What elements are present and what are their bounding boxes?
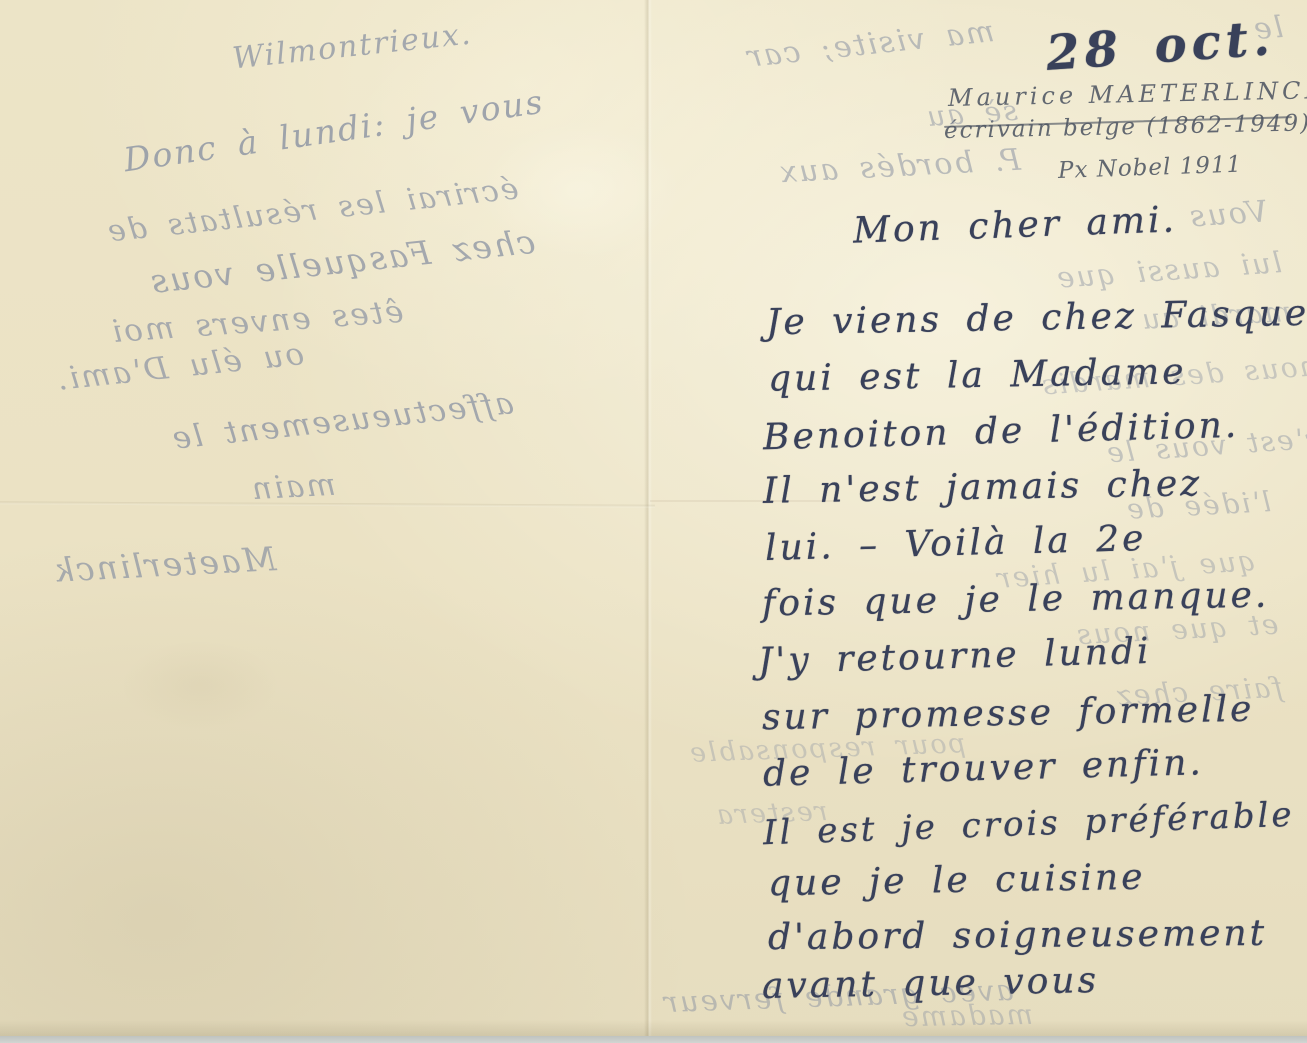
body-line: sur promesse formelle: [762, 692, 1255, 737]
body-line: lui. – Voilà la 2e: [765, 521, 1147, 567]
bottom-shadow: [0, 1020, 1307, 1036]
body-line: Il n'est jamais chez: [763, 466, 1203, 510]
body-line: fois que je le manque.: [762, 578, 1270, 623]
body-line: Je viens de chez Fasquelle.: [766, 295, 1307, 342]
bleed-line: le: [1251, 13, 1284, 45]
bleed-line: madame: [900, 1001, 1033, 1031]
body-line: que je le cuisine: [768, 860, 1146, 903]
left-line: main: [249, 470, 336, 505]
body-line: J'y retourne lundi: [758, 634, 1152, 680]
bleed-line: sè au: [924, 97, 1018, 131]
scan-bottom-edge: [0, 1036, 1307, 1043]
body-line: avant que vous: [762, 963, 1100, 1005]
body-line: d'abord soigneusement: [768, 916, 1267, 956]
date-line: 28 oct.: [1045, 14, 1276, 78]
body-line: qui est la Madame: [768, 354, 1187, 397]
bleed-line: Vous: [1187, 197, 1269, 232]
letter-page-left: [0, 0, 650, 1043]
letter-scan: 28 oct. Maurice MAETERLINCK écrivain bel…: [0, 0, 1307, 1043]
